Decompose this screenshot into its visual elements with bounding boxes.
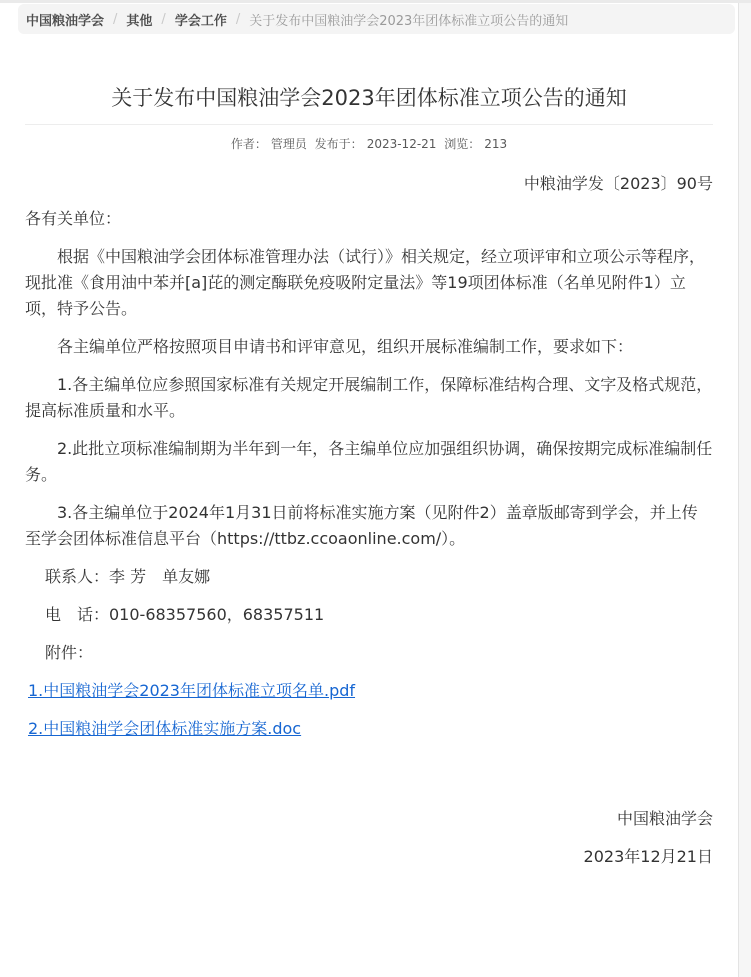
meta-date-value: 2023-12-21 bbox=[367, 137, 437, 151]
content-card: 中国粮油学会 / 其他 / 学会工作 / 关于发布中国粮油学会2023年团体标准… bbox=[0, 3, 739, 977]
paragraph-requirement-3: 3.各主编单位于2024年1月31日前将标准实施方案（见附件2）盖章版邮寄到学会… bbox=[25, 500, 713, 552]
signature-date: 2023年12月21日 bbox=[25, 844, 713, 870]
attachment-link-doc[interactable]: 2.中国粮油学会团体标准实施方案.doc bbox=[28, 719, 301, 738]
contact-person: 联系人：李 芳 单友娜 bbox=[25, 564, 713, 590]
meta-views-label: 浏览： bbox=[444, 137, 480, 151]
signature-org: 中国粮油学会 bbox=[25, 806, 713, 832]
breadcrumb-separator: / bbox=[161, 12, 165, 27]
breadcrumb-link-other[interactable]: 其他 bbox=[126, 10, 152, 29]
meta-author-label: 作者： bbox=[231, 137, 267, 151]
salutation: 各有关单位： bbox=[25, 206, 713, 232]
signature-block: 中国粮油学会 2023年12月21日 bbox=[25, 806, 713, 870]
page: 中国粮油学会 / 其他 / 学会工作 / 关于发布中国粮油学会2023年团体标准… bbox=[0, 0, 751, 977]
contact-phone: 电 话：010-68357560，68357511 bbox=[25, 602, 713, 628]
attachments-label: 附件： bbox=[25, 640, 713, 666]
attachment-link-pdf[interactable]: 1.中国粮油学会2023年团体标准立项名单.pdf bbox=[28, 681, 355, 700]
breadcrumb: 中国粮油学会 / 其他 / 学会工作 / 关于发布中国粮油学会2023年团体标准… bbox=[18, 4, 735, 34]
page-title: 关于发布中国粮油学会2023年团体标准立项公告的通知 bbox=[25, 84, 713, 112]
breadcrumb-separator: / bbox=[236, 12, 240, 27]
paragraph-approval: 根据《中国粮油学会团体标准管理办法（试行）》相关规定，经立项评审和立项公示等程序… bbox=[25, 244, 713, 322]
meta-views-value: 213 bbox=[484, 137, 507, 151]
attachment-item: 2.中国粮油学会团体标准实施方案.doc bbox=[25, 716, 713, 742]
breadcrumb-current-page: 关于发布中国粮油学会2023年团体标准立项公告的通知 bbox=[249, 10, 568, 29]
breadcrumb-link-home[interactable]: 中国粮油学会 bbox=[26, 10, 104, 29]
article: 关于发布中国粮油学会2023年团体标准立项公告的通知 作者：管理员 发布于：20… bbox=[0, 84, 738, 870]
attachment-item: 1.中国粮油学会2023年团体标准立项名单.pdf bbox=[25, 678, 713, 704]
meta-date-label: 发布于： bbox=[315, 137, 363, 151]
meta-author-value: 管理员 bbox=[271, 137, 307, 151]
paragraph-requirement-1: 1.各主编单位应参照国家标准有关规定开展编制工作，保障标准结构合理、文字及格式规… bbox=[25, 372, 713, 424]
title-divider bbox=[25, 124, 713, 125]
breadcrumb-link-society-work[interactable]: 学会工作 bbox=[175, 10, 227, 29]
paragraph-requirement-2: 2.此批立项标准编制期为半年到一年，各主编单位应加强组织协调，确保按期完成标准编… bbox=[25, 436, 713, 488]
breadcrumb-separator: / bbox=[113, 12, 117, 27]
article-meta: 作者：管理员 发布于：2023-12-21 浏览：213 bbox=[25, 135, 713, 152]
paragraph-requirements-intro: 各主编单位严格按照项目申请书和评审意见，组织开展标准编制工作，要求如下： bbox=[25, 334, 713, 360]
doc-number: 中粮油学发〔2023〕90号 bbox=[25, 171, 713, 194]
